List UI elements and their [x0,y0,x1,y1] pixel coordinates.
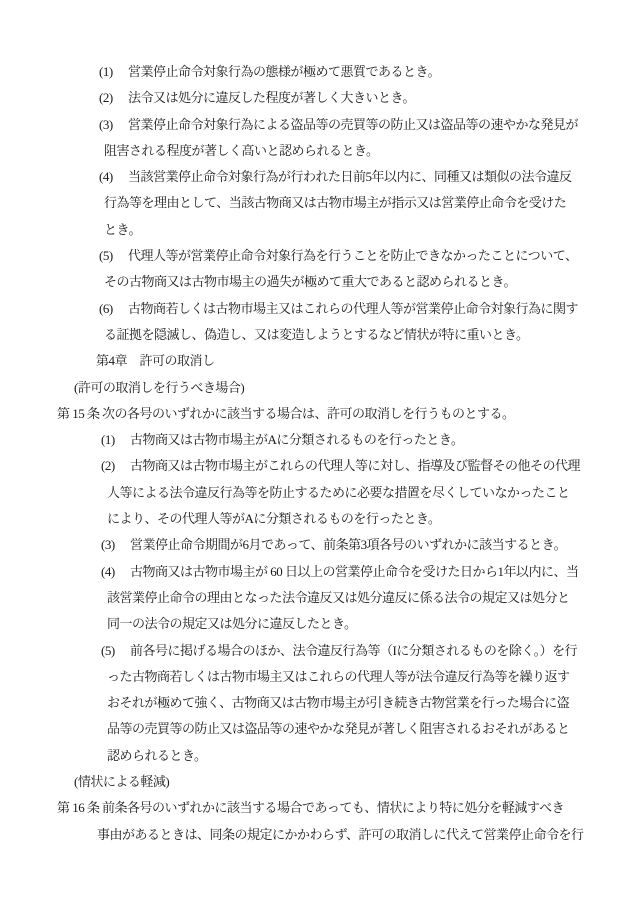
document-line: (1)古物商又は古物市場主がAに分類されるものを行ったとき。 [0,427,630,453]
legal-document-page: (1)営業停止命令対象行為の態様が極めて悪質であるとき。(2)法令又は処分に違反… [0,0,630,903]
document-line: 第 16 条前条各号のいずれかに該当する場合であっても、情状により特に処分を軽減… [0,795,630,821]
item-number: (2) [101,453,130,479]
document-line: (2)法令又は処分に違反した程度が著しく大きいとき。 [0,85,630,111]
document-line: 第4章 許可の取消し [0,348,630,374]
document-line: (5)前各号に掲げる場合のほか、法令違反行為等（Iに分類されるものを除く。）を行 [0,638,630,664]
line-text: 古物商又は古物市場主がこれらの代理人等に対し、指導及び監督その他その代理 [130,458,580,473]
line-text: 古物商又は古物市場主が 60 日以上の営業停止命令を受けた日から1年以内に、当 [130,564,579,579]
line-text: 営業停止命令対象行為による盗品等の売買等の防止又は盗品等の速やかな発見が [128,117,578,132]
article-number: 第 16 条 [57,795,102,821]
line-text: 代理人等が営業停止命令対象行為を行うことを防止できなかったことについて、 [128,248,577,263]
line-text: 前各号に掲げる場合のほか、法令違反行為等（Iに分類されるものを除く。）を行 [130,643,577,658]
line-text: 古物商又は古物市場主がAに分類されるものを行ったとき。 [130,432,463,447]
item-number: (4) [99,164,128,190]
document-line: (4)古物商又は古物市場主が 60 日以上の営業停止命令を受けた日から1年以内に… [0,559,630,585]
line-text: 営業停止命令対象行為の態様が極めて悪質であるとき。 [128,64,440,79]
document-line: 該営業停止命令の理由となった法令違反又は処分違反に係る法令の規定又は処分と [0,585,630,611]
item-number: (3) [101,532,130,558]
document-line: により、その代理人等がAに分類されるものを行ったとき。 [0,506,630,532]
document-line: る証拠を隠滅し、偽造し、又は変造しようとするなど情状が特に重いとき。 [0,322,630,348]
document-line: 阻害される程度が著しく高いと認められるとき。 [0,138,630,164]
line-text: 営業停止命令期間が6月であって、前条第3項各号のいずれかに該当するとき。 [130,537,566,552]
article-number: 第 15 条 [57,401,102,427]
document-line: 人等による法令違反行為等を防止するために必要な措置を尽くしていなかったこと [0,480,630,506]
line-text: 次の各号のいずれかに該当する場合は、許可の取消しを行うものとする。 [102,406,515,421]
document-line: (4)当該営業停止命令対象行為が行われた日前5年以内に、同種又は類似の法令違反 [0,164,630,190]
line-text: 古物商若しくは古物市場主又はこれらの代理人等が営業停止命令対象行為に関す [128,301,578,316]
document-line: (許可の取消しを行うべき場合) [0,375,630,401]
item-number: (4) [101,559,130,585]
document-line: (5)代理人等が営業停止命令対象行為を行うことを防止できなかったことについて、 [0,243,630,269]
line-text: 法令又は処分に違反した程度が著しく大きいとき。 [128,90,415,105]
document-line: (情状による軽減) [0,769,630,795]
document-line: 行為等を理由として、当該古物商又は古物市場主が指示又は営業停止命令を受けた [0,190,630,216]
document-line: おそれが極めて強く、古物商又は古物市場主が引き続き古物営業を行った場合に盗 [0,690,630,716]
item-number: (6) [99,296,128,322]
document-line: 認められるとき。 [0,743,630,769]
document-line: その古物商又は古物市場主の過失が極めて重大であると認められるとき。 [0,269,630,295]
item-number: (5) [99,243,128,269]
item-number: (2) [99,85,128,111]
document-line: (3)営業停止命令対象行為による盗品等の売買等の防止又は盗品等の速やかな発見が [0,112,630,138]
item-number: (3) [99,112,128,138]
item-number: (5) [101,638,130,664]
item-number: (1) [101,427,130,453]
document-line: (3)営業停止命令期間が6月であって、前条第3項各号のいずれかに該当するとき。 [0,532,630,558]
document-line: った古物商若しくは古物市場主又はこれらの代理人等が法令違反行為等を繰り返す [0,664,630,690]
document-line: とき。 [0,217,630,243]
document-line: (1)営業停止命令対象行為の態様が極めて悪質であるとき。 [0,59,630,85]
document-line: (2)古物商又は古物市場主がこれらの代理人等に対し、指導及び監督その他その代理 [0,453,630,479]
document-line: (6)古物商若しくは古物市場主又はこれらの代理人等が営業停止命令対象行為に関す [0,296,630,322]
document-line: 同一の法令の規定又は処分に違反したとき。 [0,611,630,637]
document-line: 品等の売買等の防止又は盗品等の速やかな発見が著しく阻害されるおそれがあると [0,716,630,742]
document-line: 第 15 条次の各号のいずれかに該当する場合は、許可の取消しを行うものとする。 [0,401,630,427]
line-text: 前条各号のいずれかに該当する場合であっても、情状により特に処分を軽減すべき [102,800,564,815]
document-line: 事由があるときは、同条の規定にかかわらず、許可の取消しに代えて営業停止命令を行 [0,822,630,848]
item-number: (1) [99,59,128,85]
document-lines: (1)営業停止命令対象行為の態様が極めて悪質であるとき。(2)法令又は処分に違反… [0,0,630,848]
line-text: 当該営業停止命令対象行為が行われた日前5年以内に、同種又は類似の法令違反 [128,169,572,184]
